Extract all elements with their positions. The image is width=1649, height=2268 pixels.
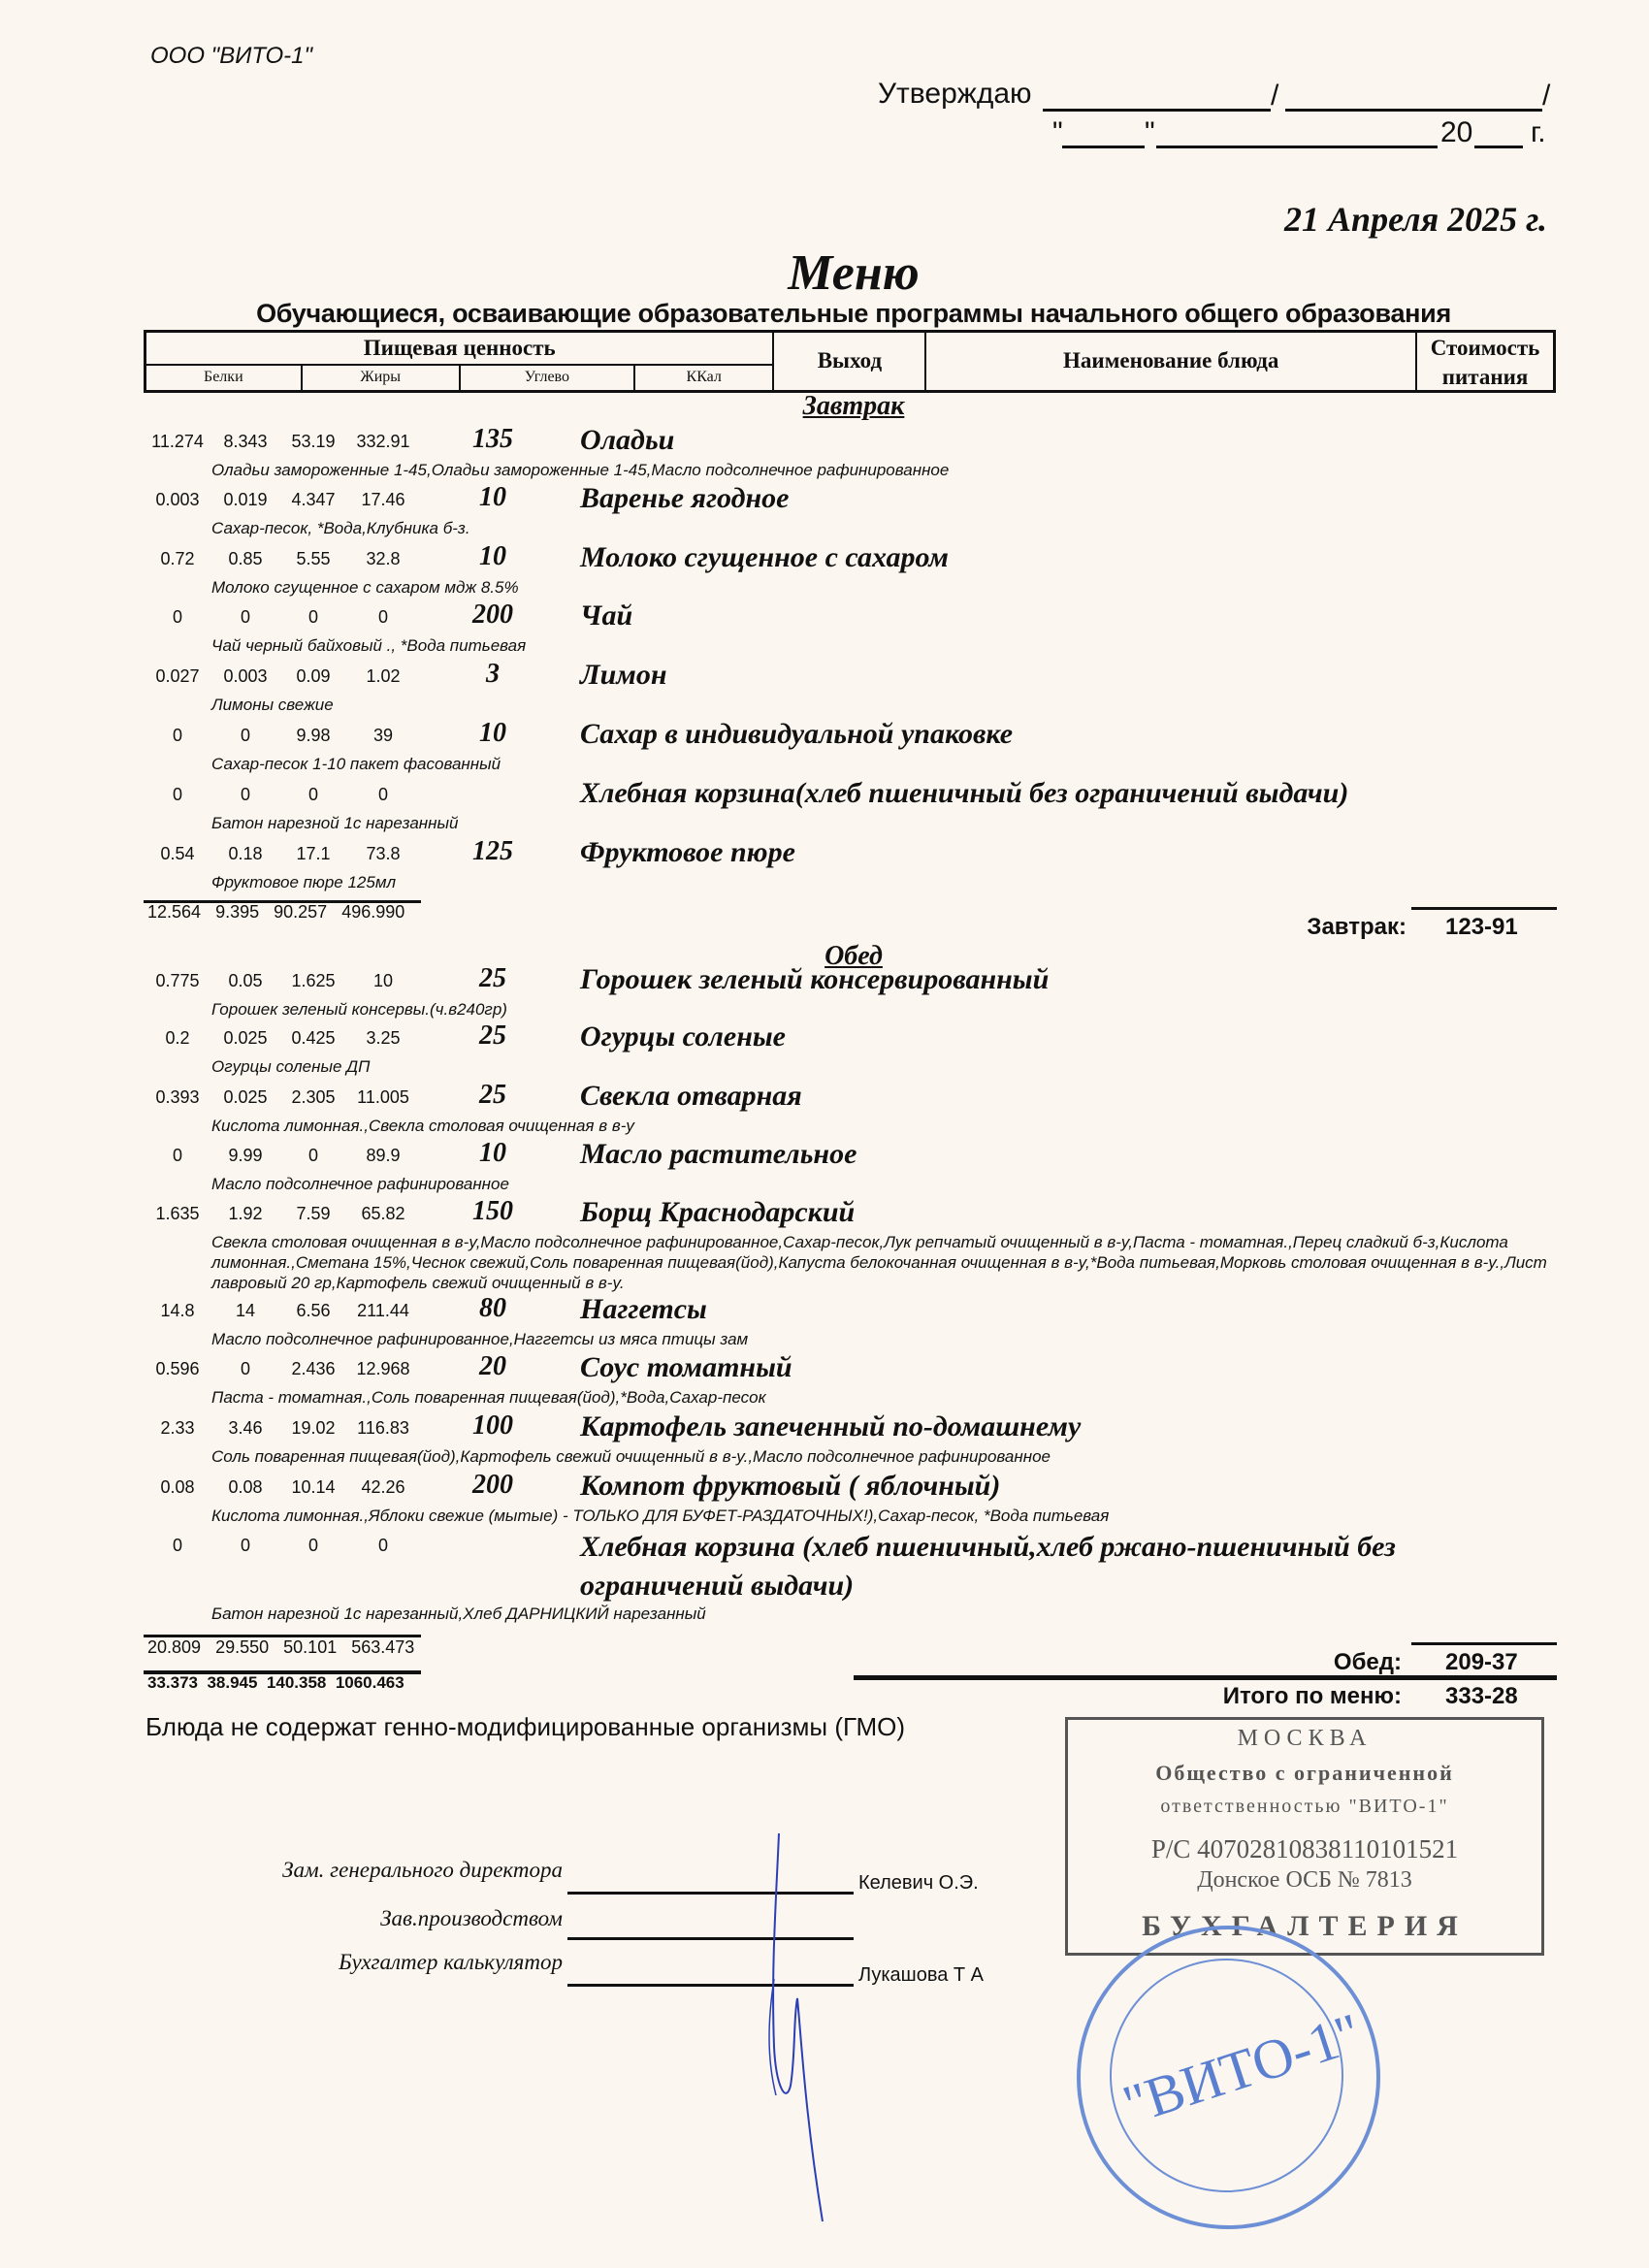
- item-yield: 20: [454, 1351, 532, 1382]
- item-fats: 0.05: [211, 971, 279, 991]
- approve-name-line: [1285, 109, 1542, 112]
- item-fats: 0.025: [211, 1087, 279, 1108]
- total-kcal: 563.473: [351, 1637, 414, 1657]
- item-proteins: 2.33: [144, 1418, 211, 1439]
- item-dish-name: Горошек зеленый консервированный: [580, 963, 1049, 996]
- item-yield: 135: [454, 424, 532, 455]
- item-dish-name: Огурцы соленые: [580, 1021, 786, 1053]
- item-dish-name: Свекла отварная: [580, 1080, 802, 1113]
- item-ingredients: Батон нарезной 1с нарезанный: [211, 813, 1550, 833]
- item-ingredients: Кислота лимонная.,Яблоки свежие (мытые) …: [211, 1506, 1550, 1526]
- item-ingredients: Батон нарезной 1с нарезанный,Хлеб ДАРНИЦ…: [211, 1604, 1550, 1624]
- item-proteins: 0.393: [144, 1087, 211, 1108]
- item-dish-name: Варенье ягодное: [580, 482, 790, 515]
- item-proteins: 0.08: [144, 1477, 211, 1498]
- item-kcal: 0: [349, 1536, 417, 1556]
- menu-item: 0000Хлебная корзина (хлеб пшеничный,хлеб…: [144, 1528, 1560, 1557]
- item-ingredients: Фруктовое пюре 125мл: [211, 872, 1550, 892]
- signature-role-deputy-director: Зам. генерального директора: [175, 1858, 563, 1883]
- grand-totals: 33.373 38.945 140.358 1060.463: [147, 1673, 404, 1693]
- slash: /: [1271, 80, 1278, 113]
- item-carbs: 2.305: [279, 1087, 347, 1108]
- grand-total-value: 333-28: [1445, 1683, 1518, 1710]
- header-cost-line1: Стоимость: [1416, 332, 1555, 365]
- stamp-line: МОСКВА: [1068, 1726, 1541, 1752]
- item-kcal: 332.91: [349, 432, 417, 452]
- item-fats: 1.92: [211, 1204, 279, 1224]
- total-fats: 29.550: [215, 1637, 269, 1657]
- item-dish-name: Наггетсы: [580, 1293, 707, 1326]
- item-ingredients: Огурцы соленые ДП: [211, 1056, 1550, 1077]
- item-kcal: 89.9: [349, 1146, 417, 1166]
- item-kcal: 12.968: [349, 1359, 417, 1379]
- menu-item: 0.59602.43612.96820Соус томатный: [144, 1351, 1560, 1380]
- item-kcal: 1.02: [349, 666, 417, 687]
- item-yield: 10: [454, 1138, 532, 1169]
- item-carbs: 6.56: [279, 1301, 347, 1321]
- menu-date: 21 Апреля 2025 г.: [1284, 199, 1547, 240]
- item-ingredients: Свекла столовая очищенная в в-у,Масло по…: [211, 1232, 1550, 1293]
- lunch-cost-value: 209-37: [1445, 1649, 1518, 1676]
- item-yield: 25: [454, 1021, 532, 1052]
- item-ingredients: Лимоны свежие: [211, 695, 1550, 715]
- grand-total-cost-line: [854, 1675, 1557, 1680]
- menu-table-header: Пищевая ценность Выход Наименование блюд…: [144, 330, 1556, 393]
- approve-label: Утверждаю: [878, 78, 1032, 111]
- item-carbs: 0.09: [279, 666, 347, 687]
- gmo-note: Блюда не содержат генно-модифицированные…: [145, 1712, 905, 1742]
- item-proteins: 0.54: [144, 844, 211, 864]
- item-dish-name: Хлебная корзина (хлеб пшеничный,хлеб ржа…: [580, 1528, 1453, 1605]
- page-subtitle: Обучающиеся, осваивающие образовательные…: [145, 299, 1562, 329]
- item-carbs: 9.98: [279, 726, 347, 746]
- header-fats: Жиры: [302, 365, 460, 392]
- total-fats: 9.395: [215, 902, 259, 922]
- item-carbs: 5.55: [279, 549, 347, 569]
- item-carbs: 53.19: [279, 432, 347, 452]
- header-cost-line2: питания: [1416, 365, 1555, 392]
- item-fats: 0.025: [211, 1028, 279, 1049]
- item-ingredients: Масло подсолнечное рафинированное,Наггет…: [211, 1329, 1550, 1349]
- item-fats: 3.46: [211, 1418, 279, 1439]
- menu-item: 1.6351.927.5965.82150Борщ Краснодарский: [144, 1196, 1560, 1225]
- item-proteins: 0.2: [144, 1028, 211, 1049]
- date-day-line: [1062, 146, 1145, 148]
- item-kcal: 211.44: [349, 1301, 417, 1321]
- total-carbs: 140.358: [267, 1673, 326, 1692]
- menu-item: 09.99089.910Масло растительное: [144, 1138, 1560, 1167]
- date-quote-close: ": [1145, 116, 1155, 149]
- lunch-cost-label: Обед:: [1164, 1649, 1402, 1676]
- menu-item: 11.2748.34353.19332.91135Оладьи: [144, 424, 1560, 453]
- item-carbs: 0: [279, 1146, 347, 1166]
- item-kcal: 73.8: [349, 844, 417, 864]
- item-fats: 0.08: [211, 1477, 279, 1498]
- item-proteins: 0: [144, 607, 211, 628]
- item-dish-name: Фруктовое пюре: [580, 836, 795, 869]
- item-yield: 200: [454, 1470, 532, 1501]
- item-carbs: 0: [279, 785, 347, 805]
- item-ingredients: Молоко сгущенное с сахаром мдж 8.5%: [211, 577, 1550, 598]
- item-fats: 0.18: [211, 844, 279, 864]
- item-kcal: 10: [349, 971, 417, 991]
- item-dish-name: Оладьи: [580, 424, 674, 457]
- item-fats: 0.85: [211, 549, 279, 569]
- item-proteins: 14.8: [144, 1301, 211, 1321]
- item-yield: 150: [454, 1196, 532, 1227]
- organization-name: ООО "ВИТО-1": [150, 43, 312, 70]
- date-month-line: [1156, 146, 1438, 148]
- date-year-prefix: 20: [1440, 116, 1472, 149]
- item-yield: 10: [454, 718, 532, 749]
- item-fats: 9.99: [211, 1146, 279, 1166]
- item-fats: 0: [211, 607, 279, 628]
- menu-item: 0000Хлебная корзина(хлеб пшеничный без о…: [144, 777, 1560, 806]
- breakfast-cost-label: Завтрак:: [1164, 914, 1406, 941]
- menu-item: 0000200Чай: [144, 599, 1560, 629]
- header-proteins: Белки: [145, 365, 302, 392]
- item-kcal: 116.83: [349, 1418, 417, 1439]
- item-proteins: 0.027: [144, 666, 211, 687]
- item-fats: 0: [211, 785, 279, 805]
- item-dish-name: Сахар в индивидуальной упаковке: [580, 718, 1013, 751]
- item-kcal: 39: [349, 726, 417, 746]
- menu-item: 0.3930.0252.30511.00525Свекла отварная: [144, 1080, 1560, 1109]
- item-ingredients: Чай черный байховый ., *Вода питьевая: [211, 635, 1550, 656]
- menu-item: 0.7750.051.6251025Горошек зеленый консер…: [144, 963, 1560, 992]
- item-fats: 0.019: [211, 490, 279, 510]
- section-breakfast-title: Завтрак: [0, 391, 1649, 422]
- menu-item: 009.983910Сахар в индивидуальной упаковк…: [144, 718, 1560, 747]
- item-ingredients: Кислота лимонная.,Свекла столовая очищен…: [211, 1116, 1550, 1136]
- item-fats: 0: [211, 1359, 279, 1379]
- date-year-suffix: г.: [1531, 116, 1546, 149]
- total-kcal: 1060.463: [336, 1673, 404, 1692]
- menu-item: 0.0270.0030.091.023Лимон: [144, 659, 1560, 688]
- item-yield: 100: [454, 1410, 532, 1442]
- date-quote-open: ": [1052, 116, 1063, 149]
- item-kcal: 3.25: [349, 1028, 417, 1049]
- item-yield: 3: [454, 659, 532, 690]
- stamp-line: Донское ОСБ № 7813: [1068, 1867, 1541, 1894]
- total-carbs: 50.101: [283, 1637, 337, 1657]
- breakfast-cost-value: 123-91: [1445, 914, 1518, 941]
- item-yield: 10: [454, 541, 532, 572]
- stamp-line: ответственностью "ВИТО-1": [1068, 1796, 1541, 1818]
- item-kcal: 17.46: [349, 490, 417, 510]
- item-ingredients: Сахар-песок 1-10 пакет фасованный: [211, 754, 1550, 774]
- menu-item: 0.720.855.5532.810Молоко сгущенное с сах…: [144, 541, 1560, 570]
- item-yield: 200: [454, 599, 532, 631]
- item-ingredients: Оладьи замороженные 1-45,Оладьи замороже…: [211, 460, 1550, 480]
- slash: /: [1542, 80, 1550, 113]
- breakfast-cost-line: [1411, 907, 1557, 910]
- stamp-line: Общество с ограниченной: [1068, 1761, 1541, 1786]
- item-carbs: 17.1: [279, 844, 347, 864]
- item-proteins: 0: [144, 1146, 211, 1166]
- handwritten-signature-icon: [747, 1824, 854, 2231]
- item-carbs: 4.347: [279, 490, 347, 510]
- lunch-totals: 20.809 29.550 50.101 563.473: [147, 1637, 414, 1658]
- signature-role-accountant: Бухгалтер калькулятор: [175, 1950, 563, 1975]
- item-fats: 0: [211, 726, 279, 746]
- item-carbs: 0: [279, 607, 347, 628]
- item-yield: 10: [454, 482, 532, 513]
- approve-signature-line: [1043, 109, 1271, 112]
- stamp-line: Р/С 40702810838110101521: [1068, 1834, 1541, 1864]
- item-dish-name: Чай: [580, 599, 632, 632]
- item-yield: 125: [454, 836, 532, 867]
- item-kcal: 42.26: [349, 1477, 417, 1498]
- header-carbs: Углево: [460, 365, 634, 392]
- lunch-cost-line: [1411, 1642, 1557, 1645]
- page-title: Меню: [0, 244, 1649, 302]
- signature-role-production-head: Зав.производством: [175, 1906, 563, 1931]
- item-ingredients: Паста - томатная.,Соль поваренная пищева…: [211, 1387, 1550, 1408]
- header-kcal: ККал: [634, 365, 773, 392]
- date-year-line: [1474, 146, 1523, 148]
- item-proteins: 0: [144, 785, 211, 805]
- item-proteins: 11.274: [144, 432, 211, 452]
- stamp-line: БУХГАЛТЕРИЯ: [1068, 1910, 1541, 1943]
- item-carbs: 7.59: [279, 1204, 347, 1224]
- item-proteins: 1.635: [144, 1204, 211, 1224]
- item-yield: 25: [454, 963, 532, 994]
- breakfast-totals: 12.564 9.395 90.257 496.990: [147, 902, 404, 923]
- accounting-stamp: МОСКВА Общество с ограниченной ответстве…: [1065, 1717, 1544, 1956]
- item-carbs: 19.02: [279, 1418, 347, 1439]
- menu-item: 0.20.0250.4253.2525Огурцы соленые: [144, 1021, 1560, 1050]
- item-dish-name: Лимон: [580, 659, 666, 692]
- total-fats: 38.945: [207, 1673, 257, 1692]
- item-proteins: 0.596: [144, 1359, 211, 1379]
- item-fats: 8.343: [211, 432, 279, 452]
- header-yield: Выход: [773, 332, 925, 392]
- item-dish-name: Хлебная корзина(хлеб пшеничный без огран…: [580, 777, 1348, 810]
- menu-item: 0.0030.0194.34717.4610Варенье ягодное: [144, 482, 1560, 511]
- signature-name-accountant: Лукашова Т А: [858, 1964, 984, 1987]
- item-kcal: 0: [349, 607, 417, 628]
- item-carbs: 1.625: [279, 971, 347, 991]
- menu-item: 0.080.0810.1442.26200Компот фруктовый ( …: [144, 1470, 1560, 1499]
- total-proteins: 12.564: [147, 902, 201, 922]
- item-dish-name: Масло растительное: [580, 1138, 857, 1171]
- total-carbs: 90.257: [274, 902, 327, 922]
- item-dish-name: Борщ Краснодарский: [580, 1196, 855, 1229]
- item-yield: 80: [454, 1293, 532, 1324]
- total-kcal: 496.990: [341, 902, 404, 922]
- grand-total-label: Итого по меню:: [1067, 1683, 1402, 1710]
- item-dish-name: Компот фруктовый ( яблочный): [580, 1470, 1000, 1503]
- item-yield: 25: [454, 1080, 532, 1111]
- item-dish-name: Молоко сгущенное с сахаром: [580, 541, 949, 574]
- item-kcal: 0: [349, 785, 417, 805]
- item-kcal: 65.82: [349, 1204, 417, 1224]
- total-proteins: 33.373: [147, 1673, 198, 1692]
- header-nutrition: Пищевая ценность: [145, 332, 774, 365]
- item-ingredients: Соль поваренная пищевая(йод),Картофель с…: [211, 1446, 1550, 1467]
- item-proteins: 0: [144, 1536, 211, 1556]
- item-carbs: 2.436: [279, 1359, 347, 1379]
- item-ingredients: Горошек зеленый консервы.(ч.в240гр): [211, 999, 1550, 1020]
- total-proteins: 20.809: [147, 1637, 201, 1657]
- item-dish-name: Соус томатный: [580, 1351, 792, 1384]
- item-carbs: 0: [279, 1536, 347, 1556]
- company-seal: "ВИТО-1": [1077, 1926, 1380, 2229]
- menu-item: 2.333.4619.02116.83100Картофель запеченн…: [144, 1410, 1560, 1440]
- item-carbs: 10.14: [279, 1477, 347, 1498]
- signature-name-deputy-director: Келевич О.Э.: [858, 1872, 979, 1895]
- item-proteins: 0.775: [144, 971, 211, 991]
- item-proteins: 0.72: [144, 549, 211, 569]
- item-proteins: 0.003: [144, 490, 211, 510]
- item-fats: 0.003: [211, 666, 279, 687]
- item-fats: 0: [211, 1536, 279, 1556]
- menu-item: 0.540.1817.173.8125Фруктовое пюре: [144, 836, 1560, 865]
- item-ingredients: Масло подсолнечное рафинированное: [211, 1174, 1550, 1194]
- item-carbs: 0.425: [279, 1028, 347, 1049]
- item-fats: 14: [211, 1301, 279, 1321]
- item-kcal: 32.8: [349, 549, 417, 569]
- item-ingredients: Сахар-песок, *Вода,Клубника б-з.: [211, 518, 1550, 538]
- header-dish-name: Наименование блюда: [925, 332, 1416, 392]
- menu-item: 14.8146.56211.4480Наггетсы: [144, 1293, 1560, 1322]
- item-proteins: 0: [144, 726, 211, 746]
- item-dish-name: Картофель запеченный по-домашнему: [580, 1410, 1081, 1443]
- item-kcal: 11.005: [349, 1087, 417, 1108]
